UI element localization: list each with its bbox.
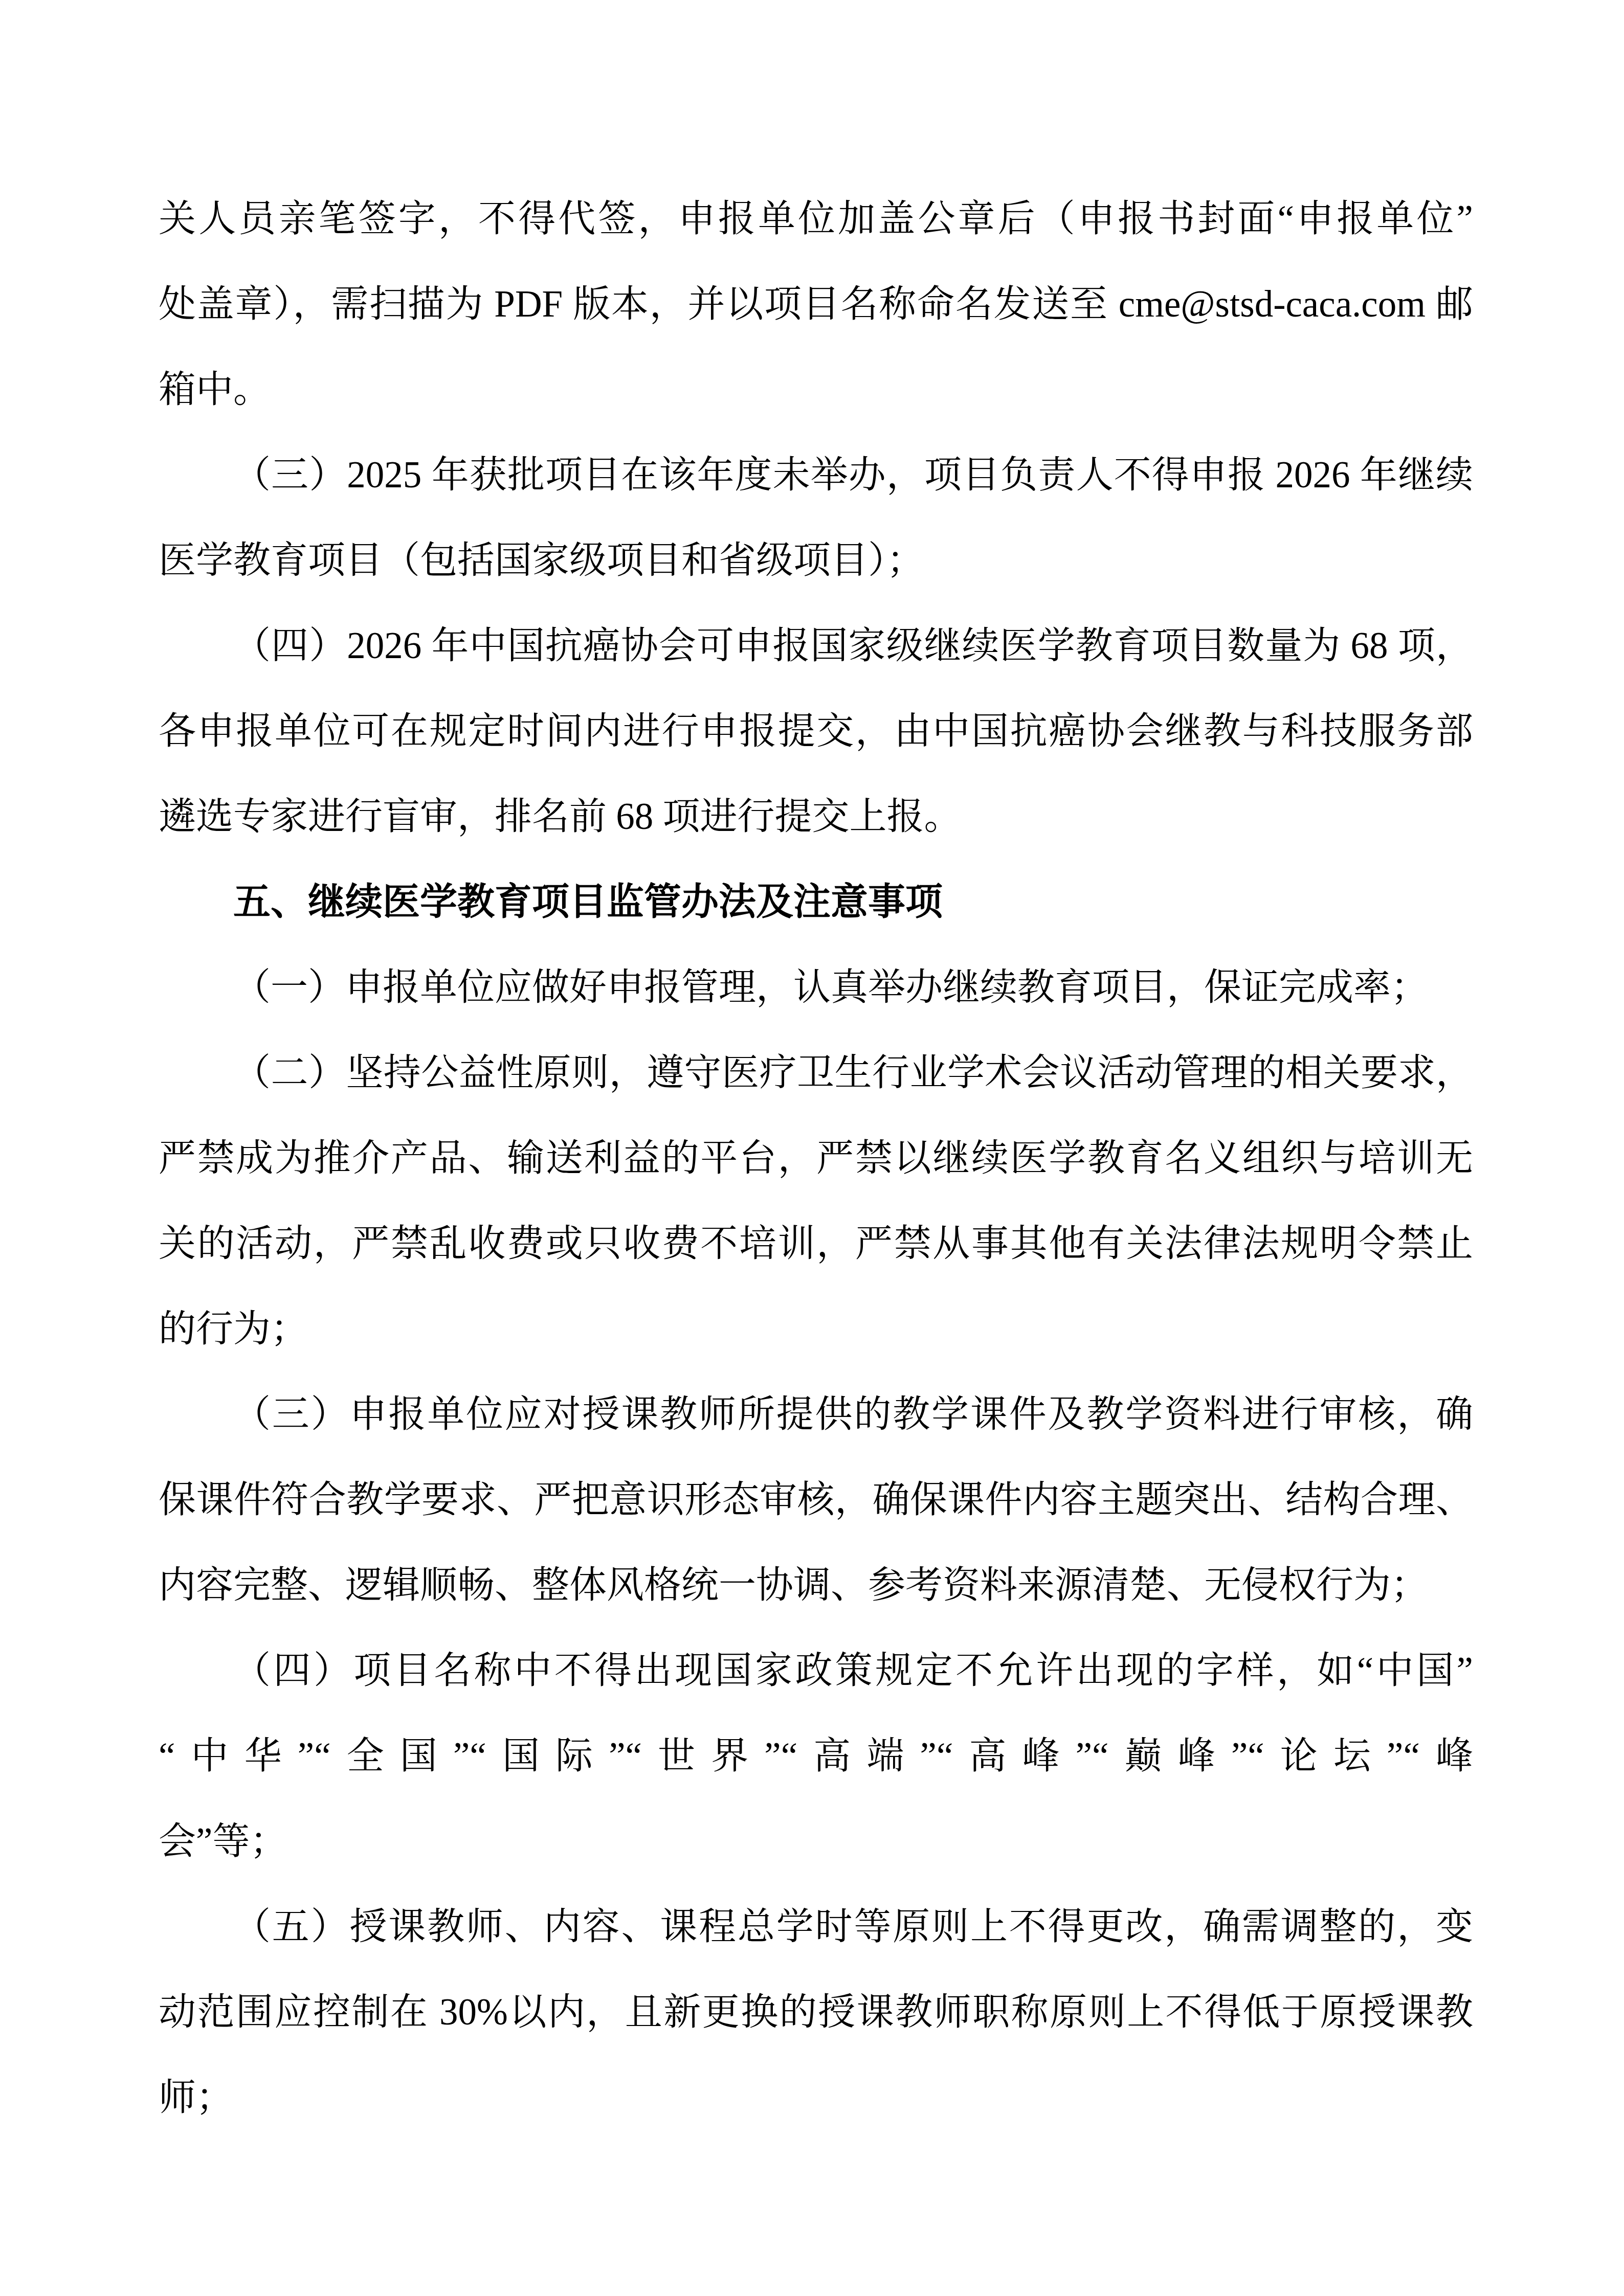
text-line: 各申报单位可在规定时间内进行申报提交，由中国抗癌协会继教与科技服务部 [159, 688, 1473, 774]
text-line: 保课件符合教学要求、严把意识形态审核，确保课件内容主题突出、结构合理、 [159, 1457, 1473, 1542]
text-line: 内容完整、逻辑顺畅、整体风格统一协调、参考资料来源清楚、无侵权行为； [159, 1542, 1473, 1628]
text-line: （一）申报单位应做好申报管理，认真举办继续教育项目，保证完成率； [159, 944, 1473, 1030]
text-line: 关的活动，严禁乱收费或只收费不培训，严禁从事其他有关法律法规明令禁止 [159, 1201, 1473, 1286]
document-text-block: 关人员亲笔签字，不得代签，申报单位加盖公章后（申报书封面“申报单位” 处盖章），… [159, 176, 1473, 2140]
text-line: 严禁成为推介产品、输送利益的平台，严禁以继续医学教育名义组织与培训无 [159, 1115, 1473, 1201]
text-line: 动范围应控制在 30%以内，且新更换的授课教师职称原则上不得低于原授课教 [159, 1969, 1473, 2055]
text-line: （四）项目名称中不得出现国家政策规定不允许出现的字样，如“中国” [159, 1628, 1473, 1713]
text-line: （二）坚持公益性原则，遵守医疗卫生行业学术会议活动管理的相关要求， [159, 1030, 1473, 1115]
text-line: （四）2026 年中国抗癌协会可申报国家级继续医学教育项目数量为 68 项， [159, 603, 1473, 688]
text-line: 会”等； [159, 1798, 1473, 1884]
document-page: 关人员亲笔签字，不得代签，申报单位加盖公章后（申报书封面“申报单位” 处盖章），… [0, 0, 1624, 2296]
text-line: “中华”“全国”“国际”“世界”“高端”“高峰”“巅峰”“论坛”“峰 [159, 1713, 1473, 1798]
text-line: （五）授课教师、内容、课程总学时等原则上不得更改，确需调整的，变 [159, 1884, 1473, 1969]
text-line: 关人员亲笔签字，不得代签，申报单位加盖公章后（申报书封面“申报单位” [159, 176, 1473, 261]
text-line: 医学教育项目（包括国家级项目和省级项目）； [159, 517, 1473, 603]
text-line: 遴选专家进行盲审，排名前 68 项进行提交上报。 [159, 774, 1473, 859]
text-line: （三）2025 年获批项目在该年度未举办，项目负责人不得申报 2026 年继续 [159, 432, 1473, 517]
section-heading: 五、继续医学教育项目监管办法及注意事项 [159, 859, 1473, 944]
text-line: 师； [159, 2055, 1473, 2140]
text-line: 的行为； [159, 1286, 1473, 1371]
text-line: （三）申报单位应对授课教师所提供的教学课件及教学资料进行审核，确 [159, 1371, 1473, 1457]
text-line: 处盖章），需扫描为 PDF 版本，并以项目名称命名发送至 cme@stsd-ca… [159, 261, 1473, 347]
text-line: 箱中。 [159, 347, 1473, 432]
